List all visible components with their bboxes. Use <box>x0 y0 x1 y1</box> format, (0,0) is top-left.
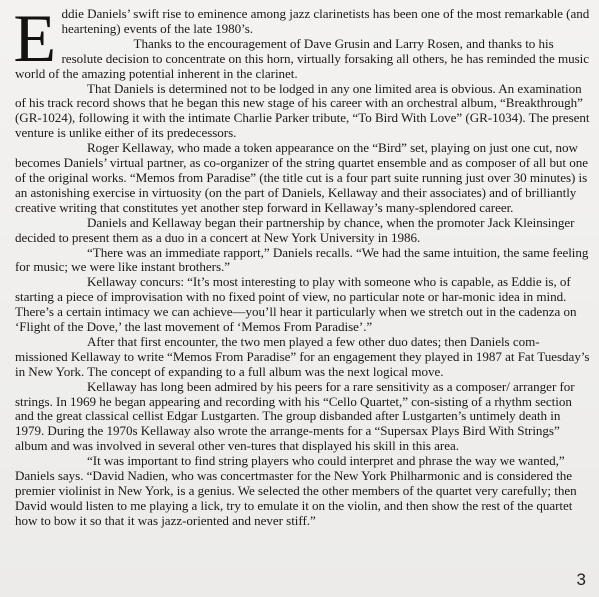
paragraph: “There was an immediate rapport,” Daniel… <box>15 246 590 276</box>
paragraph: Kellaway has long been admired by his pe… <box>15 380 590 455</box>
paragraph: Thanks to the encouragement of Dave Grus… <box>15 37 590 82</box>
paragraph: “It was important to find string players… <box>15 454 590 529</box>
article-body: E ddie Daniels’ swift rise to eminence a… <box>15 7 590 529</box>
paragraph-intro: ddie Daniels’ swift rise to eminence amo… <box>15 7 590 37</box>
paragraph: Kellaway concurs: “It’s most interesting… <box>15 275 590 335</box>
paragraph: That Daniels is determined not to be lod… <box>15 82 590 142</box>
paragraph: Daniels and Kellaway began their partner… <box>15 216 590 246</box>
page-number: 3 <box>577 570 586 590</box>
liner-notes-page: E ddie Daniels’ swift rise to eminence a… <box>0 0 599 597</box>
paragraph: Roger Kellaway, who made a token appeara… <box>15 141 590 216</box>
paragraph: After that first encounter, the two men … <box>15 335 590 380</box>
drop-cap: E <box>13 9 56 63</box>
